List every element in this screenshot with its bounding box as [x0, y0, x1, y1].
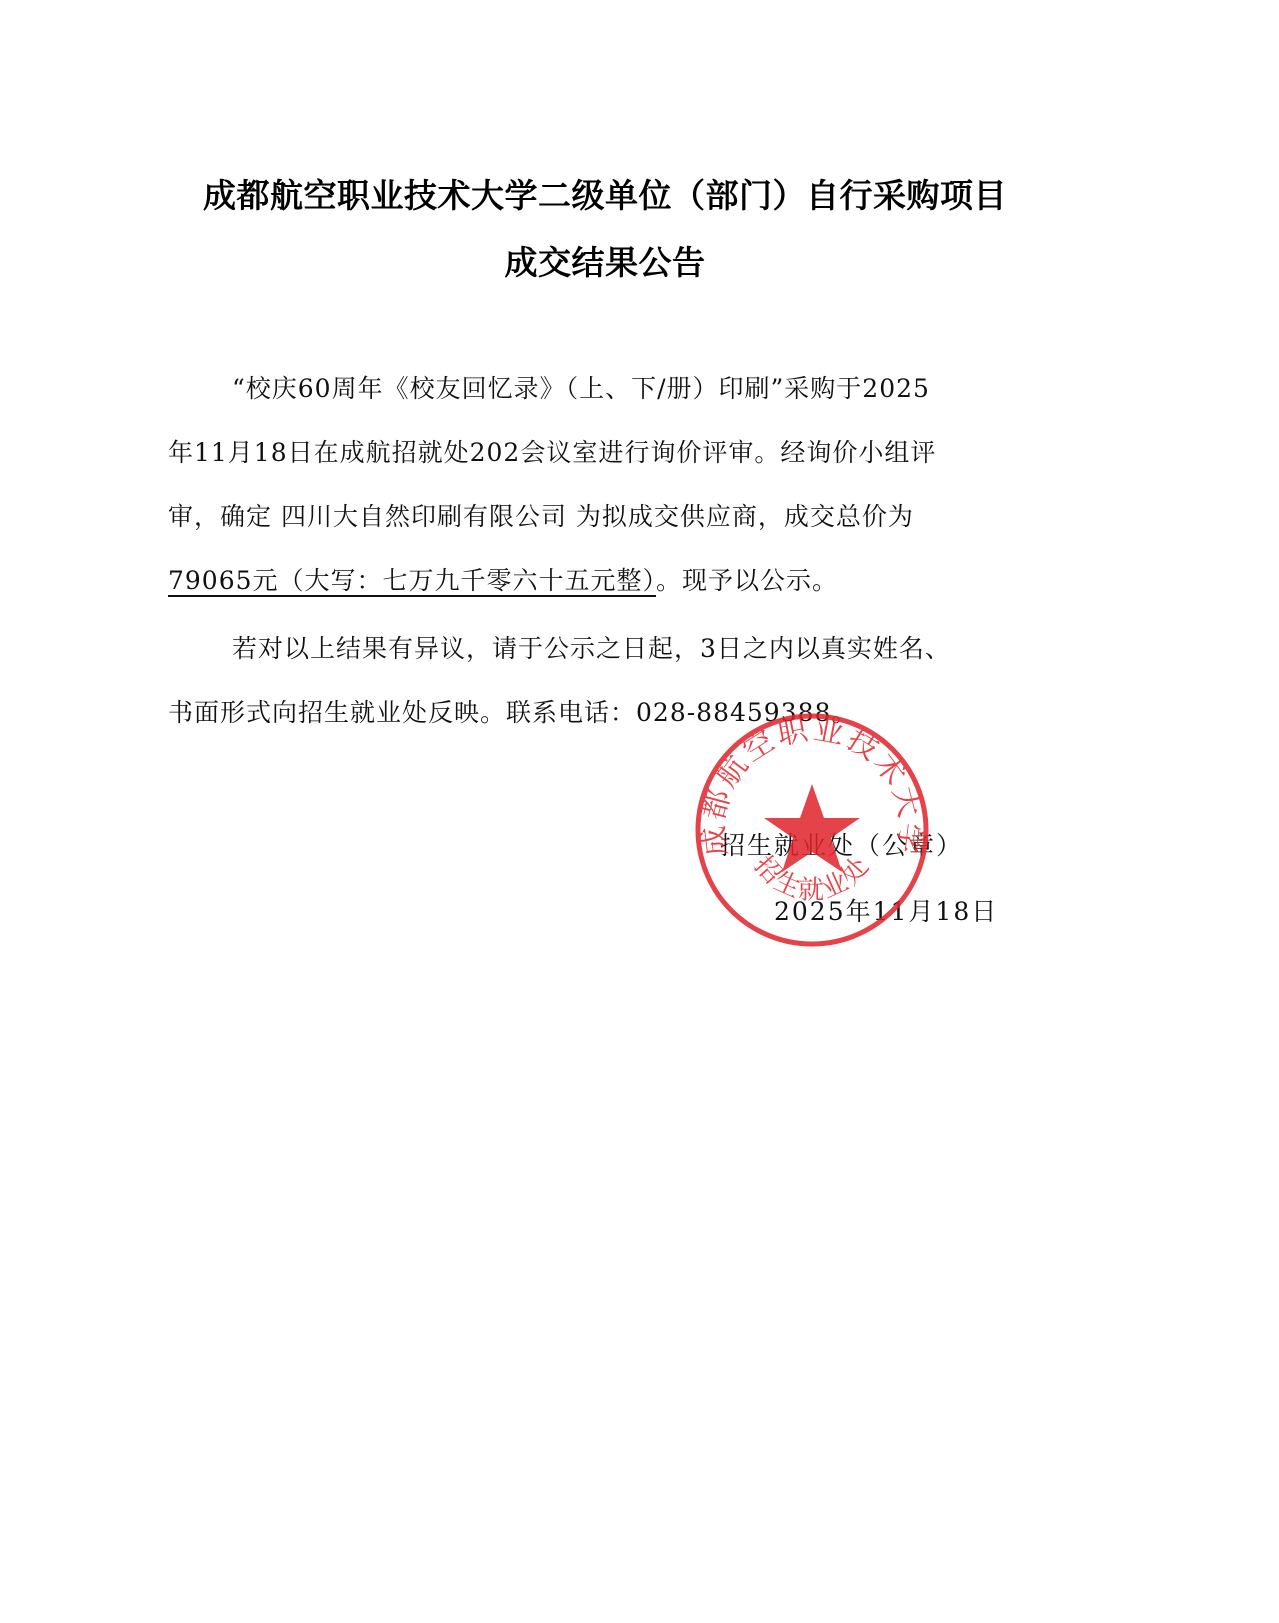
- text-fragment: 为拟成交供应商，成交总价为: [567, 502, 914, 531]
- document-subtitle: 成交结果公告: [0, 237, 1210, 284]
- paragraph-line: 若对以上结果有异议，请于公示之日起，3日之内以真实姓名、: [168, 617, 1048, 681]
- svg-text:招生就业处: 招生就业处: [748, 850, 876, 905]
- document-page: 成都航空职业技术大学二级单位（部门）自行采购项目 成交结果公告 “校庆60周年《…: [0, 0, 1279, 1623]
- paragraph-line: 79065元（大写：七万九千零六十五元整）。现予以公示。: [168, 549, 1048, 613]
- paragraph-line: 年11月18日在成航招就处202会议室进行询价评审。经询价小组评: [168, 421, 1048, 485]
- text-fragment: 。现予以公示。: [656, 566, 838, 595]
- text-fragment: 审，确定: [168, 502, 281, 531]
- total-amount: 79065元（大写：七万九千零六十五元整）: [168, 566, 656, 595]
- paragraph-line: 审，确定 四川大自然印刷有限公司 为拟成交供应商，成交总价为: [168, 485, 1048, 549]
- announcement-paragraph: “校庆60周年《校友回忆录》（上、下/册）印刷”采购于2025 年11月18日在…: [168, 357, 1048, 613]
- supplier-name: 四川大自然印刷有限公司: [281, 502, 567, 531]
- official-seal-icon: 成都航空职业技术大学 招生就业处: [692, 710, 932, 950]
- paragraph-line: “校庆60周年《校友回忆录》（上、下/册）印刷”采购于2025: [168, 357, 1048, 421]
- document-title: 成都航空职业技术大学二级单位（部门）自行采购项目: [0, 170, 1210, 217]
